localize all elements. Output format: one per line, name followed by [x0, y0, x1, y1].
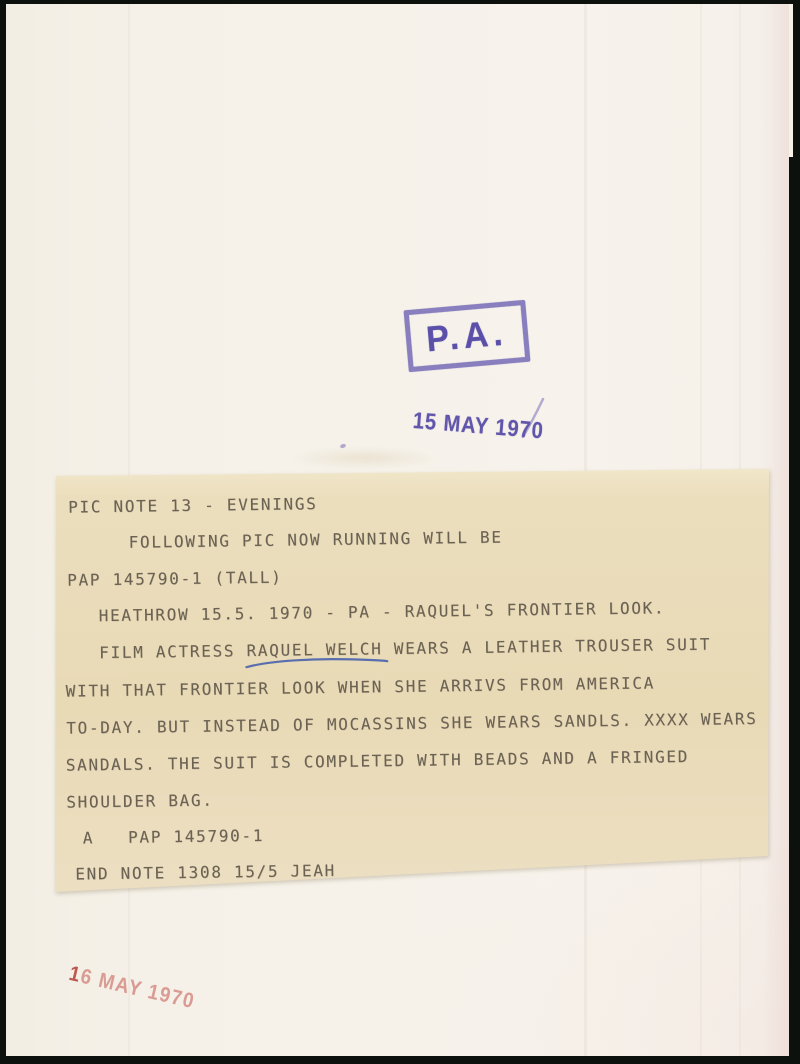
- pa-agency-stamp: P.A.: [404, 300, 531, 372]
- caption-slip: PIC NOTE 13 - EVENINGS FOLLOWING PIC NOW…: [52, 466, 776, 904]
- caption-text: PIC NOTE 13 - EVENINGS FOLLOWING PIC NOW…: [52, 457, 782, 905]
- caption-slip-paper: PIC NOTE 13 - EVENINGS FOLLOWING PIC NOW…: [52, 466, 776, 904]
- caption-line: END NOTE 1308 15/5 JEAH: [75, 861, 336, 884]
- paper-edge-step: [789, 4, 793, 157]
- pa-stamp-text: P.A.: [425, 312, 509, 361]
- date-stamp-bottom: 16 MAY 1970: [67, 962, 197, 1014]
- caption-line: FOLLOWING PIC NOW RUNNING WILL BE: [129, 528, 503, 552]
- scanned-press-photo-back: { "document": { "type_note": "press-phot…: [0, 0, 800, 1064]
- caption-line: A PAP 145790-1: [83, 826, 265, 848]
- underlined-name: RAQUEL WELCH: [246, 639, 382, 660]
- caption-line: SANDALS. THE SUIT IS COMPLETED WITH BEAD…: [66, 747, 690, 775]
- caption-line-film: FILM ACTRESS RAQUEL WELCH WEARS A LEATHE…: [99, 635, 711, 663]
- caption-line: PAP 145790-1 (TALL): [67, 568, 283, 590]
- caption-line: HEATHROW 15.5. 1970 - PA - RAQUEL'S FRON…: [99, 598, 666, 625]
- pen-flick-mark: [520, 396, 546, 440]
- ink-underline: [243, 654, 391, 670]
- caption-line: SHOULDER BAG.: [66, 791, 214, 812]
- film-line-post: WEARS A LEATHER TROUSER SUIT: [382, 635, 711, 659]
- caption-line: PIC NOTE 13 - EVENINGS: [68, 494, 318, 516]
- photo-back-paper: P.A. 15 MAY 1970 PIC NOTE 13 - EVENINGS …: [6, 4, 789, 1056]
- caption-line: TO-DAY. BUT INSTEAD OF MOCASSINS SHE WEA…: [66, 709, 758, 738]
- caption-line: WITH THAT FRONTIER LOOK WHEN SHE ARRIVS …: [66, 673, 656, 700]
- film-line-pre: FILM ACTRESS: [99, 641, 247, 662]
